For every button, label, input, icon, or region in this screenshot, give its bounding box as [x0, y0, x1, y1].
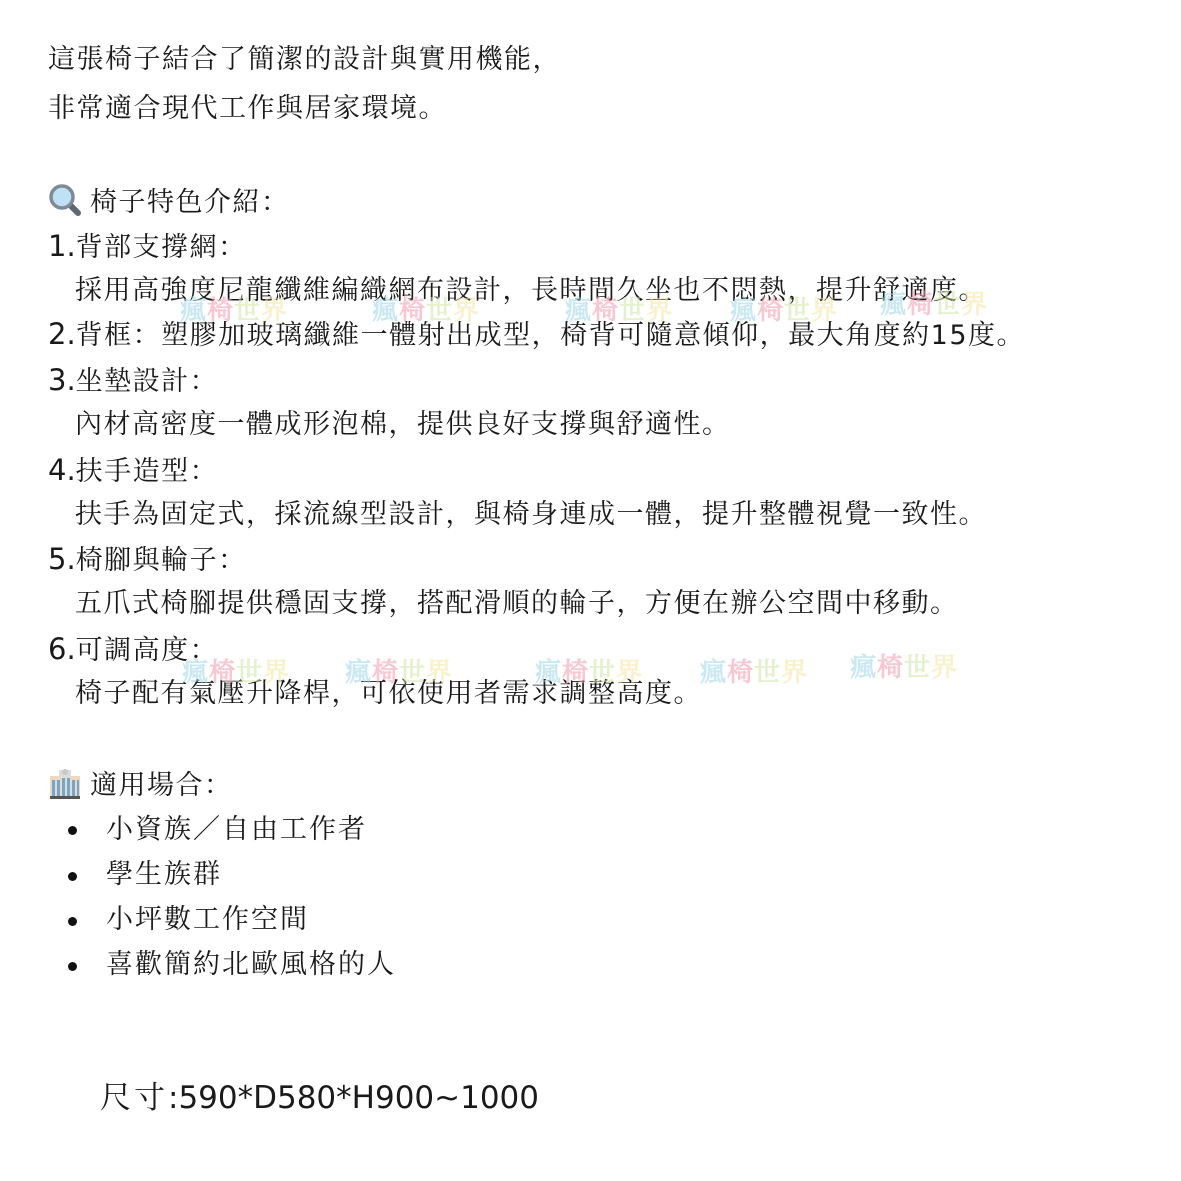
- features-heading: 椅子特色介紹：: [48, 183, 290, 221]
- feature-5-desc: 五爪式椅腳提供穩固支撐，搭配滑順的輪子，方便在辦公空間中移動。: [75, 586, 959, 622]
- bullet-icon: [68, 826, 77, 835]
- usage-item: 喜歡簡約北歐風格的人: [106, 947, 396, 983]
- office-building-icon: [48, 766, 82, 800]
- magnifier-icon: [48, 183, 82, 217]
- usage-heading: 適用場合：: [48, 766, 233, 804]
- feature-6-desc: 椅子配有氣壓升降桿，可依使用者需求調整高度。: [75, 676, 702, 712]
- bullet-icon: [68, 872, 77, 881]
- intro-line-2: 非常適合現代工作與居家環境。: [48, 91, 447, 127]
- bullet-icon: [68, 962, 77, 971]
- feature-1-desc: 採用高強度尼龍纖維編織網布設計，長時間久坐也不悶熱，提升舒適度。: [75, 273, 987, 309]
- bullet-icon: [68, 917, 77, 926]
- feature-2-title: 2.背框：塑膠加玻璃纖維一體射出成型，椅背可隨意傾仰，最大角度約15度。: [48, 316, 1025, 354]
- features-heading-text: 椅子特色介紹：: [90, 187, 290, 218]
- usage-item: 學生族群: [106, 857, 222, 893]
- feature-6-title: 6.可調高度：: [48, 631, 218, 669]
- intro-line-1: 這張椅子結合了簡潔的設計與實用機能，: [48, 42, 561, 78]
- usage-item: 小坪數工作空間: [106, 902, 309, 938]
- size-spec: 尺寸:590*D580*H900~1000: [100, 1078, 539, 1118]
- feature-1-title: 1.背部支撐網：: [48, 228, 247, 266]
- usage-heading-text: 適用場合：: [90, 770, 233, 801]
- watermark: 瘋椅世界: [850, 647, 958, 684]
- feature-3-desc: 內材高密度一體成形泡棉，提供良好支撐與舒適性。: [75, 407, 731, 443]
- usage-item: 小資族／自由工作者: [106, 812, 367, 848]
- feature-4-title: 4.扶手造型：: [48, 452, 218, 490]
- watermark: 瘋椅世界: [700, 652, 808, 689]
- feature-5-title: 5.椅腳與輪子：: [48, 541, 247, 579]
- feature-4-desc: 扶手為固定式，採流線型設計，與椅身連成一體，提升整體視覺一致性。: [75, 497, 987, 533]
- feature-3-title: 3.坐墊設計：: [48, 362, 218, 400]
